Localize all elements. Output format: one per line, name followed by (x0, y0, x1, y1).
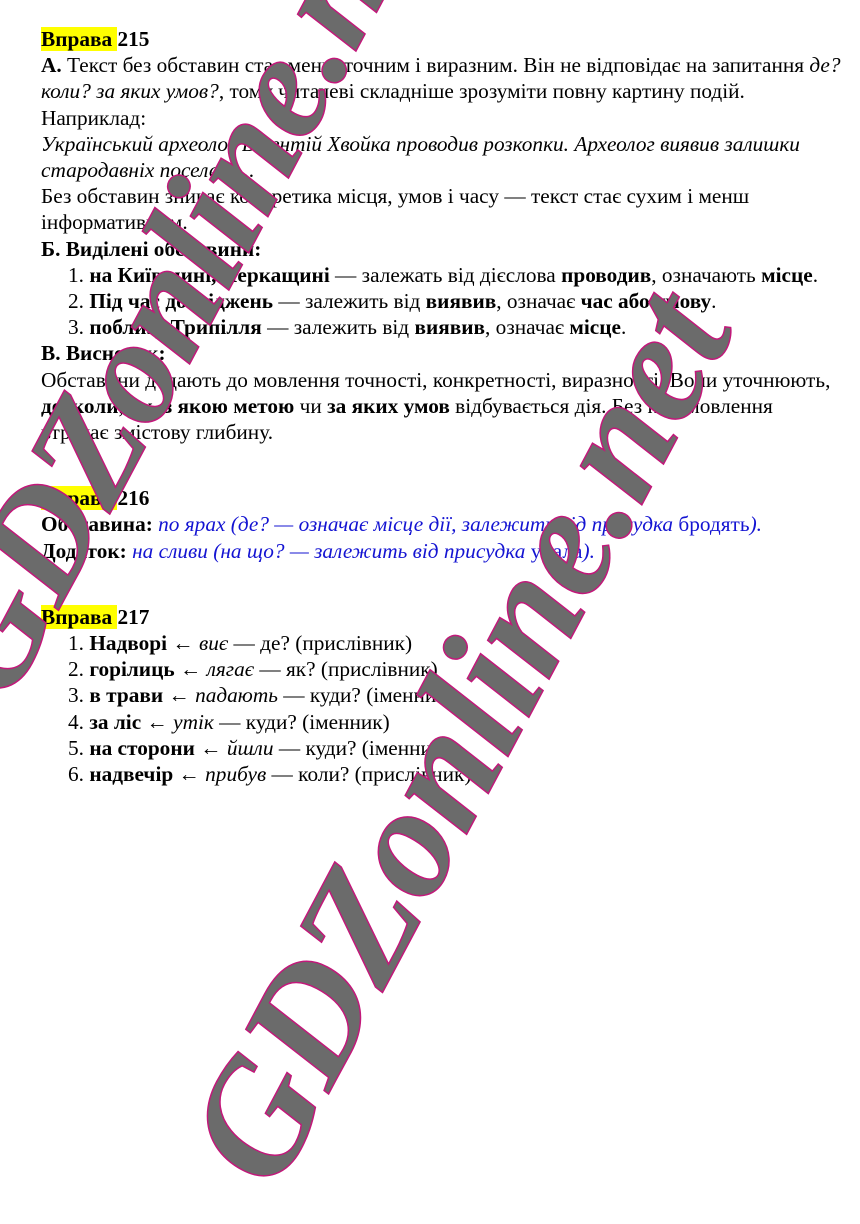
question-and-type: — куди? (іменник) (278, 683, 454, 707)
arrow-icon: ← (167, 631, 199, 655)
section-c-heading: В. Висновок: (41, 340, 841, 366)
arrow-icon: ← (163, 683, 195, 707)
list-item: 5. на сторони ← йшли — куди? (іменник) (41, 735, 841, 761)
verb: утік (173, 710, 214, 734)
text: , означають (651, 263, 761, 287)
question-and-type: — куди? (іменник) (214, 710, 390, 734)
verb: проводив (561, 263, 651, 287)
adverbial: за ліс (89, 710, 141, 734)
adverbial: надвечір (89, 762, 173, 786)
separator: , (61, 394, 72, 418)
note: (де? — означає місце дії, залежить від п… (225, 512, 678, 536)
keyword: де (41, 394, 61, 418)
term: Під час досліджень (89, 289, 273, 313)
text: — залежать від дієслова (330, 263, 561, 287)
keyword: з якою метою (164, 394, 295, 418)
text: , означає (485, 315, 569, 339)
num: 4. (68, 710, 84, 734)
section-a-conclusion: Без обставин зникає конкретика місця, ум… (41, 183, 841, 235)
arrow-icon: ← (173, 762, 205, 786)
term: на Київщині, Черкащині (89, 263, 329, 287)
exercise-number: 216 (117, 486, 149, 510)
verb: прибув (205, 762, 266, 786)
adverbial: в трави (89, 683, 163, 707)
section-a-label: А. (41, 53, 62, 77)
exercise-number: 217 (117, 605, 149, 629)
question-and-type: — як? (прислівник) (254, 657, 438, 681)
note-end: ). (582, 539, 594, 563)
exercise-217-list: 1. Надворі ← виє — де? (прислівник)2. го… (41, 630, 841, 787)
term: по ярах (153, 512, 226, 536)
meaning: місце (761, 263, 813, 287)
section-a-paragraph: А. Текст без обставин стає менш точним і… (41, 52, 841, 131)
meaning: час або умову (581, 289, 712, 313)
num: 2. (68, 657, 84, 681)
text: , означає (496, 289, 580, 313)
punct: . (813, 263, 818, 287)
list-item: 2. Під час досліджень — залежить від вия… (41, 288, 841, 314)
line-label: Обставина: (41, 512, 153, 536)
line-label: Додаток: (41, 539, 127, 563)
text: — залежить від (262, 315, 415, 339)
arrow-icon: ← (141, 710, 173, 734)
verb: виє (199, 631, 228, 655)
exercise-heading: Вправа 215 (41, 26, 841, 52)
section-b-heading: Б. Виділені обставини: (41, 236, 841, 262)
verb: виявив (414, 315, 485, 339)
keyword: як (129, 394, 153, 418)
section-b-list: 1. на Київщині, Черкащині — залежать від… (41, 262, 841, 341)
num: 3. (68, 315, 84, 339)
num: 1. (68, 631, 84, 655)
question-and-type: — куди? (іменник) (274, 736, 450, 760)
verb: йшли (227, 736, 274, 760)
document-page: Вправа 215 А. Текст без обставин стає ме… (41, 26, 841, 787)
predicate: бродять (678, 512, 749, 536)
list-item: 6. надвечір ← прибув — коли? (прислівник… (41, 761, 841, 787)
keyword: за яких умов (327, 394, 450, 418)
exercise-217: Вправа 217 1. Надворі ← виє — де? (присл… (41, 604, 841, 787)
list-item: 4. за ліс ← утік — куди? (іменник) (41, 709, 841, 735)
punct: . (711, 289, 716, 313)
verb: лягає (207, 657, 254, 681)
exercise-label: Вправа (41, 27, 112, 51)
term: поблизу Трипілля (89, 315, 261, 339)
adverbial: горілиць (89, 657, 174, 681)
question-and-type: — де? (прислівник) (228, 631, 412, 655)
exercise-215: Вправа 215 А. Текст без обставин стає ме… (41, 26, 841, 445)
list-item: 1. Надворі ← виє — де? (прислівник) (41, 630, 841, 656)
num: 1. (68, 263, 84, 287)
num: 2. (68, 289, 84, 313)
question-and-type: — коли? (прислівник) (266, 762, 471, 786)
verb: виявив (426, 289, 497, 313)
list-item: 3. поблизу Трипілля — залежить від вияви… (41, 314, 841, 340)
exercise-heading: Вправа 217 (41, 604, 841, 630)
punct: . (621, 315, 626, 339)
exercise-number: 215 (117, 27, 149, 51)
adverbial: на сторони (89, 736, 195, 760)
separator: , (153, 394, 164, 418)
list-item: 2. горілиць ← лягає — як? (прислівник) (41, 656, 841, 682)
section-c-paragraph: Обставини додають до мовлення точності, … (41, 367, 841, 446)
exercise-216: Вправа 216 Обставина: по ярах (де? — озн… (41, 485, 841, 564)
exercise-label: Вправа (41, 605, 112, 629)
predicate: упала (531, 539, 583, 563)
text: — залежить від (273, 289, 426, 313)
object-line: Додаток: на сливи (на що? — залежить від… (41, 538, 841, 564)
separator: чи (294, 394, 327, 418)
example-sentence: Український археолог Вікентій Хвойка про… (41, 131, 841, 183)
arrow-icon: ← (195, 736, 227, 760)
num: 6. (68, 762, 84, 786)
adverbial-line: Обставина: по ярах (де? — означає місце … (41, 511, 841, 537)
list-item: 3. в трави ← падають — куди? (іменник) (41, 682, 841, 708)
list-item: 1. на Київщині, Черкащині — залежать від… (41, 262, 841, 288)
exercise-label: Вправа (41, 486, 112, 510)
meaning: місце (569, 315, 621, 339)
arrow-icon: ← (175, 657, 207, 681)
text: Текст без обставин стає менш точним і ви… (62, 53, 810, 77)
exercise-heading: Вправа 216 (41, 485, 841, 511)
separator: , (118, 394, 129, 418)
verb: падають (195, 683, 278, 707)
text: Обставини додають до мовлення точності, … (41, 368, 830, 392)
num: 5. (68, 736, 84, 760)
note-end: ). (750, 512, 762, 536)
keyword: коли (72, 394, 119, 418)
adverbial: Надворі (89, 631, 167, 655)
num: 3. (68, 683, 84, 707)
term: на сливи (127, 539, 208, 563)
note: (на що? — залежить від присудка (208, 539, 531, 563)
